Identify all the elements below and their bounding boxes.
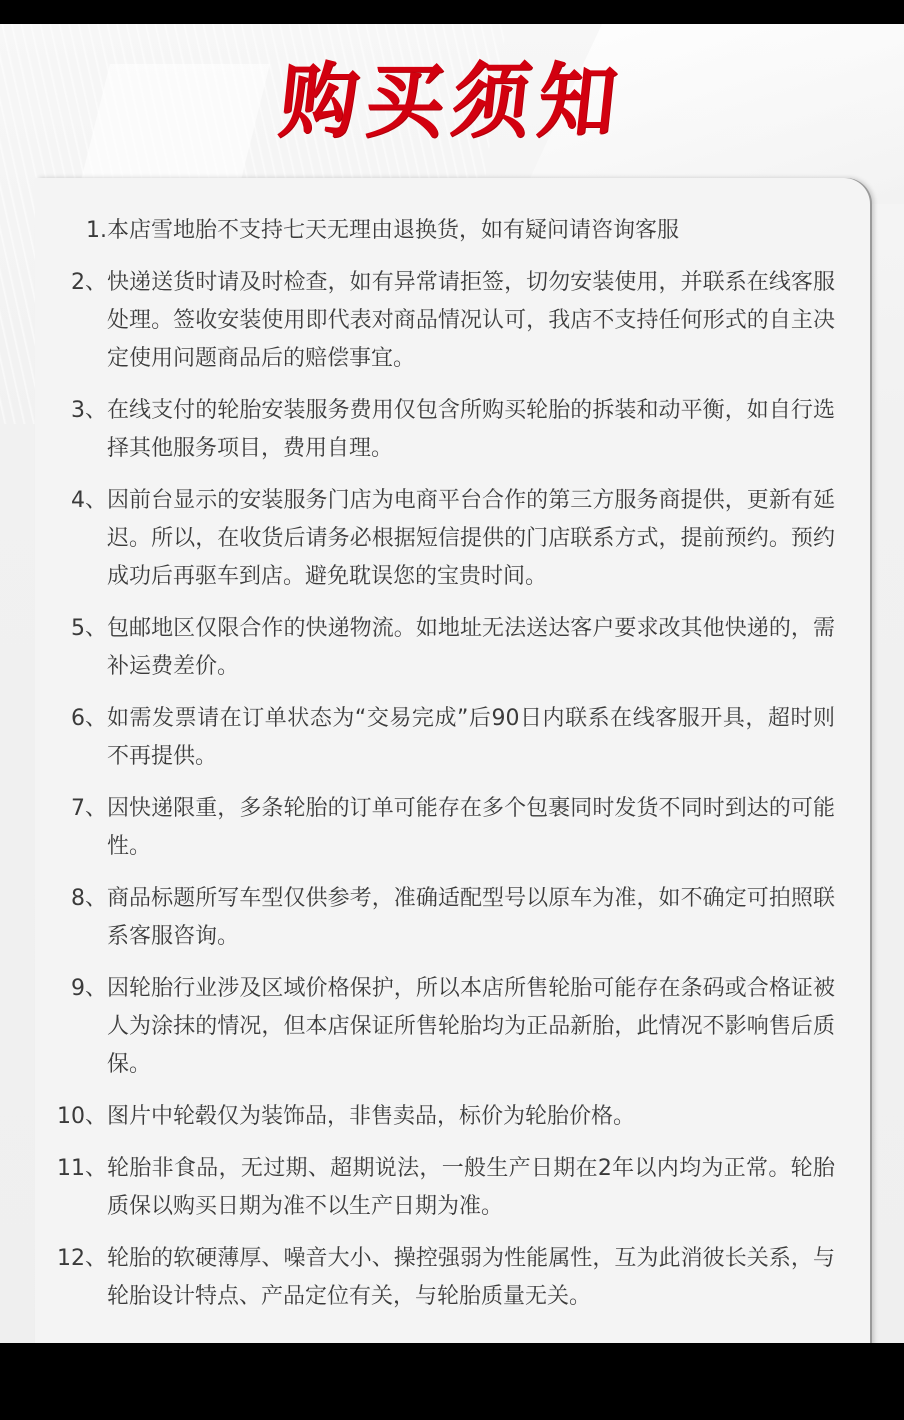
- notice-item-8: 8、 商品标题所写车型仅供参考，准确适配型号以原车为准，如不确定可拍照联系客服咨…: [35, 880, 835, 956]
- notice-number: 4、: [35, 482, 107, 520]
- notice-number: 8、: [35, 880, 107, 918]
- notice-text: 快递送货时请及时检查，如有异常请拒签，切勿安装使用，并联系在线客服处理。签收安装…: [107, 264, 835, 378]
- notice-text: 轮胎非食品，无过期、超期说法，一般生产日期在2年以内均为正常。轮胎质保以购买日期…: [107, 1150, 835, 1226]
- notice-number: 7、: [35, 790, 107, 828]
- notice-number: 5、: [35, 610, 107, 648]
- notice-text: 如需发票请在订单状态为“交易完成”后90日内联系在线客服开具，超时则不再提供。: [107, 700, 835, 776]
- notice-item-10: 10、 图片中轮毂仅为装饰品，非售卖品，标价为轮胎价格。: [35, 1098, 835, 1136]
- notice-item-2: 2、 快递送货时请及时检查，如有异常请拒签，切勿安装使用，并联系在线客服处理。签…: [35, 264, 835, 378]
- page-title: 购买须知: [0, 50, 904, 155]
- notice-number: 1.: [35, 212, 107, 250]
- notice-text: 在线支付的轮胎安装服务费用仅包含所购买轮胎的拆装和动平衡，如自行选择其他服务项目…: [107, 392, 835, 468]
- notice-item-11: 11、 轮胎非食品，无过期、超期说法，一般生产日期在2年以内均为正常。轮胎质保以…: [35, 1150, 835, 1226]
- notice-item-4: 4、 因前台显示的安装服务门店为电商平台合作的第三方服务商提供，更新有延迟。所以…: [35, 482, 835, 596]
- notice-text: 包邮地区仅限合作的快递物流。如地址无法送达客户要求改其他快递的，需补运费差价。: [107, 610, 835, 686]
- notice-poster: 购买须知 1. 本店雪地胎不支持七天无理由退换货，如有疑问请咨询客服 2、 快递…: [0, 24, 904, 1343]
- notice-text: 商品标题所写车型仅供参考，准确适配型号以原车为准，如不确定可拍照联系客服咨询。: [107, 880, 835, 956]
- notice-list: 1. 本店雪地胎不支持七天无理由退换货，如有疑问请咨询客服 2、 快递送货时请及…: [35, 212, 835, 1330]
- notice-number: 3、: [35, 392, 107, 430]
- notice-text: 因快递限重，多条轮胎的订单可能存在多个包裹同时发货不同时到达的可能性。: [107, 790, 835, 866]
- notice-number: 9、: [35, 970, 107, 1008]
- notice-number: 6、: [35, 700, 107, 738]
- top-black-band: [0, 0, 904, 24]
- notice-number: 2、: [35, 264, 107, 302]
- notice-item-12: 12、 轮胎的软硬薄厚、噪音大小、操控强弱为性能属性，互为此消彼长关系，与轮胎设…: [35, 1240, 835, 1316]
- notice-text: 本店雪地胎不支持七天无理由退换货，如有疑问请咨询客服: [107, 212, 835, 250]
- notice-item-9: 9、 因轮胎行业涉及区域价格保护，所以本店所售轮胎可能存在条码或合格证被人为涂抹…: [35, 970, 835, 1084]
- notice-item-5: 5、 包邮地区仅限合作的快递物流。如地址无法送达客户要求改其他快递的，需补运费差…: [35, 610, 835, 686]
- notice-number: 11、: [35, 1150, 107, 1188]
- notice-item-7: 7、 因快递限重，多条轮胎的订单可能存在多个包裹同时发货不同时到达的可能性。: [35, 790, 835, 866]
- notice-number: 12、: [35, 1240, 107, 1278]
- bottom-black-band: [0, 1343, 904, 1420]
- notice-item-6: 6、 如需发票请在订单状态为“交易完成”后90日内联系在线客服开具，超时则不再提…: [35, 700, 835, 776]
- notice-card: 1. 本店雪地胎不支持七天无理由退换货，如有疑问请咨询客服 2、 快递送货时请及…: [35, 178, 870, 1343]
- notice-text: 图片中轮毂仅为装饰品，非售卖品，标价为轮胎价格。: [107, 1098, 835, 1136]
- notice-number: 10、: [35, 1098, 107, 1136]
- notice-text: 因轮胎行业涉及区域价格保护，所以本店所售轮胎可能存在条码或合格证被人为涂抹的情况…: [107, 970, 835, 1084]
- notice-item-1: 1. 本店雪地胎不支持七天无理由退换货，如有疑问请咨询客服: [35, 212, 835, 250]
- notice-text: 轮胎的软硬薄厚、噪音大小、操控强弱为性能属性，互为此消彼长关系，与轮胎设计特点、…: [107, 1240, 835, 1316]
- notice-text: 因前台显示的安装服务门店为电商平台合作的第三方服务商提供，更新有延迟。所以，在收…: [107, 482, 835, 596]
- notice-item-3: 3、 在线支付的轮胎安装服务费用仅包含所购买轮胎的拆装和动平衡，如自行选择其他服…: [35, 392, 835, 468]
